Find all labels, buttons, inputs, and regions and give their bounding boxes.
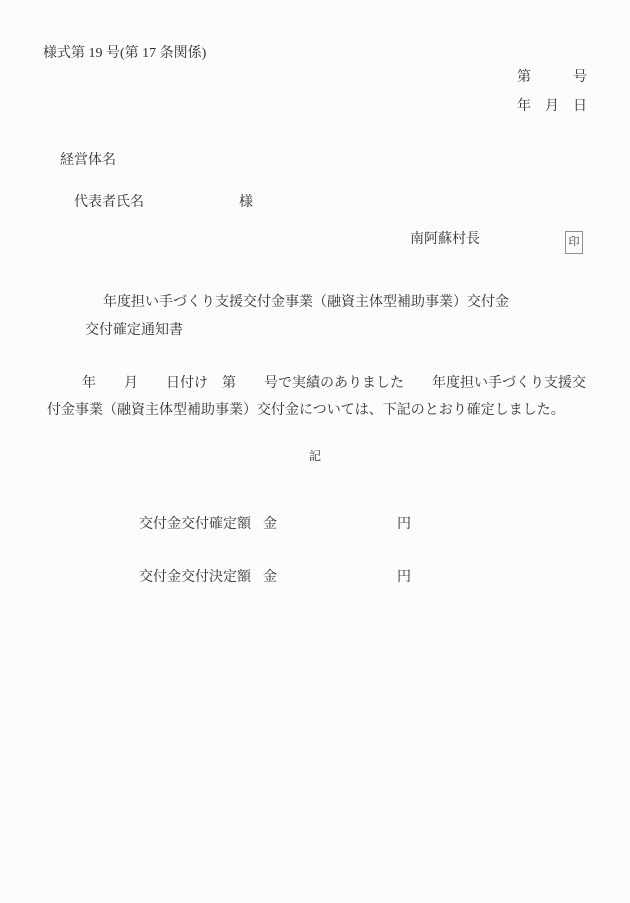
amount-row-decided: 交付金交付決定額金円 [125, 557, 411, 599]
addressee-representative-row: 代表者氏名様 [60, 182, 253, 224]
body-paragraph-line2: 付金事業（融資主体型補助事業）交付金については、下記のとおり確定しました。 [47, 404, 565, 418]
document-page: 様式第 19 号(第 17 条関係) 第 号 年 月 日 経営体名 代表者氏名様… [0, 0, 630, 903]
form-number: 様式第 19 号(第 17 条関係) [43, 47, 206, 61]
document-number-line: 第 号 [517, 71, 587, 85]
record-marker: 記 [0, 450, 630, 462]
sender-name: 南阿蘇村長 [410, 233, 480, 247]
amount-row-confirmed: 交付金交付確定額金円 [125, 504, 411, 546]
body-paragraph-line1: 年 月 日付け 第 号で実績のありました 年度担い手づくり支援交 [82, 377, 586, 391]
amount-decided-unit: 円 [397, 570, 411, 585]
addressee-honorific: 様 [239, 195, 253, 210]
document-title-line2: 交付確定通知書 [85, 324, 183, 338]
amount-decided-currency-prefix: 金 [263, 570, 277, 585]
document-title-line1: 年度担い手づくり支援交付金事業（融資主体型補助事業）交付金 [103, 296, 509, 310]
seal-box: 印 [565, 231, 583, 254]
seal-mark: 印 [569, 237, 580, 248]
amount-confirmed-unit: 円 [397, 517, 411, 532]
addressee-representative-label: 代表者氏名 [74, 195, 144, 210]
amount-decided-label: 交付金交付決定額 [139, 570, 251, 585]
addressee-business-name-label: 経営体名 [60, 154, 116, 168]
amount-confirmed-currency-prefix: 金 [263, 517, 277, 532]
amount-confirmed-label: 交付金交付確定額 [139, 517, 251, 532]
date-line: 年 月 日 [517, 100, 587, 114]
